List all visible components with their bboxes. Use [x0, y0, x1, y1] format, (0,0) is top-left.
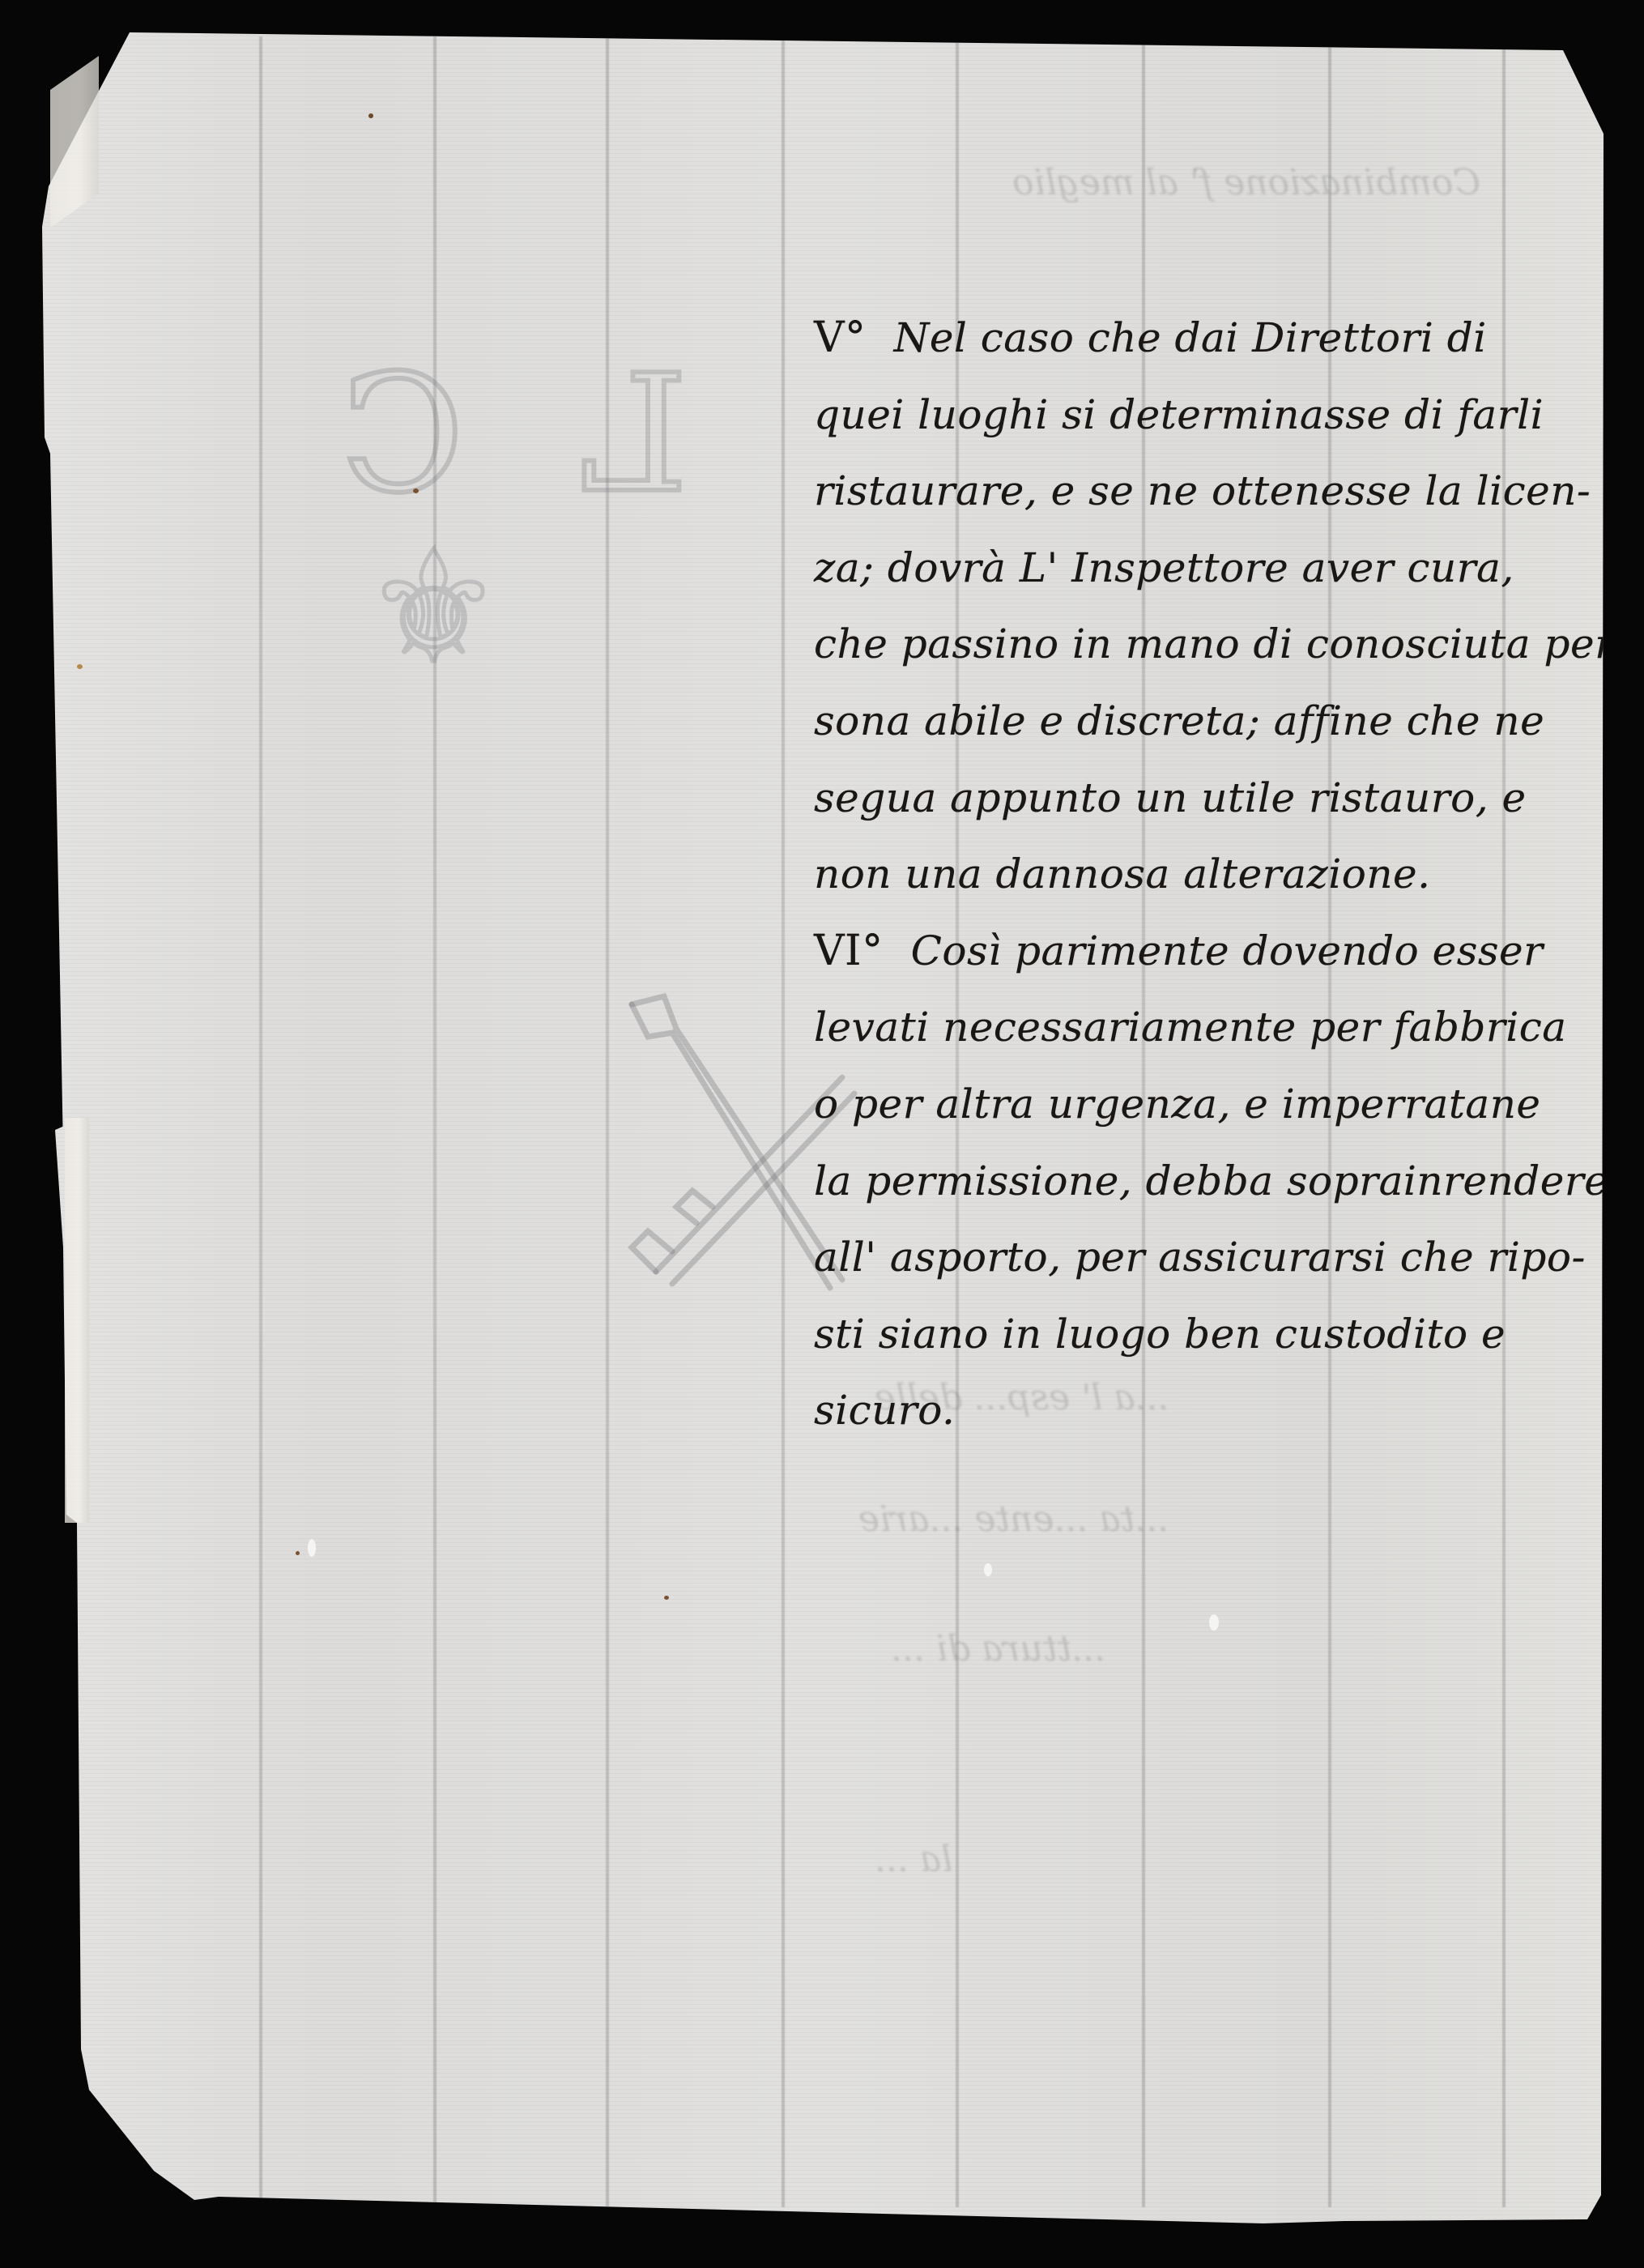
manuscript-line: quei luoghi si determinasse di farli	[814, 377, 1527, 454]
manuscript-line: segua appunto un utile ristauro, e	[814, 760, 1527, 837]
manuscript-line: non una dannosa alterazione.	[814, 836, 1527, 913]
manuscript-line: che passino in mano di conosciuta per-	[814, 606, 1527, 683]
manuscript-line: V°Nel caso che dai Direttori di	[814, 300, 1527, 377]
paper-speck	[308, 1539, 316, 1557]
bleed-through-line: la ...	[875, 1839, 952, 1880]
manuscript-text: V°Nel caso che dai Direttori di quei luo…	[814, 300, 1527, 1449]
chain-line	[606, 36, 609, 2207]
paper-speck	[77, 664, 83, 669]
folded-edge	[65, 1118, 89, 1523]
section-number: VI°	[814, 927, 884, 975]
chain-line	[259, 36, 262, 2207]
manuscript-line: o per altra urgenza, e imperratane	[814, 1066, 1527, 1143]
bleed-through-line: Combinazione f' al meglio	[1012, 162, 1480, 203]
paper-speck	[296, 1551, 300, 1555]
manuscript-page: L C ⚜ Combinazione f' al meglio ...a l' …	[0, 0, 1644, 2268]
bleed-through-line: ...ta ...ente ...arie	[858, 1498, 1169, 1540]
manuscript-line: za; dovrà L' Inspettore aver cura,	[814, 530, 1527, 607]
manuscript-line: sti siano in luogo ben custodito e	[814, 1296, 1527, 1373]
paper-speck	[368, 113, 373, 118]
paper-speck	[413, 488, 419, 493]
manuscript-line: sicuro.	[814, 1372, 1527, 1449]
chain-line	[433, 36, 437, 2207]
paper-speck	[984, 1563, 992, 1576]
manuscript-line: levati necessariamente per fabbrica	[814, 989, 1527, 1066]
section-number: V°	[814, 313, 867, 362]
chain-line	[782, 36, 785, 2207]
manuscript-line: all' asporto, per assicurarsi che ripo-	[814, 1219, 1527, 1296]
manuscript-line: sona abile e discreta; affine che ne	[814, 683, 1527, 760]
manuscript-line: VI°Così parimente dovendo esser	[814, 913, 1527, 990]
watermark-letters: L C	[308, 340, 688, 529]
manuscript-line: ristaurare, e se ne ottenesse la licen-	[814, 453, 1527, 530]
paper-speck	[1209, 1614, 1219, 1631]
paper-speck	[664, 1596, 669, 1600]
bleed-through-line: ...ttura di ...	[891, 1628, 1105, 1669]
manuscript-line: la permissione, debba soprainrendere	[814, 1143, 1527, 1220]
